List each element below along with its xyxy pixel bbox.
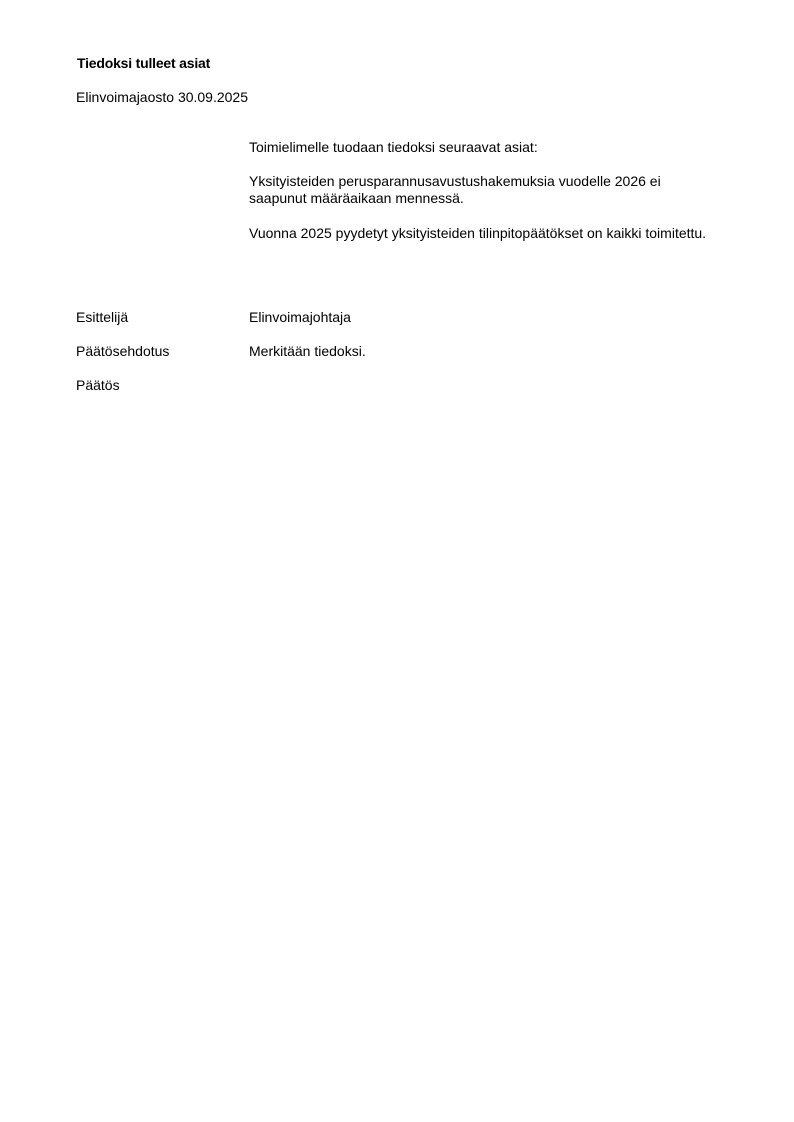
notice-item: Yksityisteiden perusparannusavustushakem… <box>249 173 699 207</box>
intro-text: Toimielimelle tuodaan tiedoksi seuraavat… <box>249 139 538 156</box>
field-label-proposal: Päätösehdotus <box>76 343 169 359</box>
field-value-proposal: Merkitään tiedoksi. <box>249 343 366 359</box>
meeting-info: Elinvoimajaosto 30.09.2025 <box>76 89 248 105</box>
field-label-decision: Päätös <box>76 377 120 393</box>
field-label-presenter: Esittelijä <box>76 309 128 325</box>
field-value-presenter: Elinvoimajohtaja <box>249 309 351 325</box>
notice-item: Vuonna 2025 pyydetyt yksityisteiden tili… <box>249 225 706 242</box>
document-title: Tiedoksi tulleet asiat <box>77 55 210 71</box>
